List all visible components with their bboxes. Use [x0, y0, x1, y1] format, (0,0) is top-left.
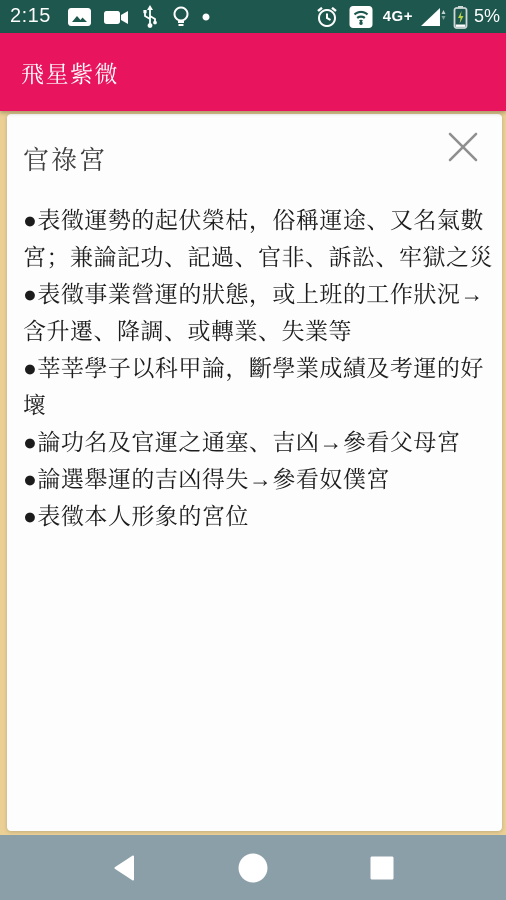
home-button[interactable]	[223, 838, 283, 898]
wifi-box-icon	[349, 5, 373, 29]
back-button[interactable]	[94, 838, 154, 898]
back-icon	[112, 854, 136, 882]
close-button[interactable]	[443, 127, 483, 167]
screen: 2:15	[0, 0, 506, 900]
notification-dot-icon	[202, 13, 210, 21]
app-title: 飛星紫微	[21, 56, 119, 89]
app-bar: 飛星紫微	[0, 33, 506, 111]
bullet-item: ●論功名及官運之通塞、吉凶→參看父母宮	[23, 424, 496, 461]
status-time: 2:15	[10, 5, 51, 28]
status-right-icons: 4G+ 5%	[315, 5, 500, 29]
dialog-body: ●表徵運勢的起伏榮枯，俗稱運途、又名氣數宮；兼論記功、記過、官非、訴訟、牢獄之災…	[23, 202, 496, 535]
dialog-title: 官祿宮	[23, 140, 107, 177]
status-left-icons	[67, 5, 210, 29]
bullet-item: ●論選舉運的吉凶得失→參看奴僕宮	[23, 461, 496, 498]
recents-button[interactable]	[352, 838, 412, 898]
bulb-icon	[171, 5, 191, 29]
dialog-card: 官祿宮 ●表徵運勢的起伏榮枯，俗稱運途、又名氣數宮；兼論記功、記過、官非、訴訟、…	[7, 114, 502, 831]
signal-icon	[419, 6, 447, 28]
recents-icon	[369, 855, 395, 881]
camcorder-icon	[103, 6, 129, 28]
navigation-bar	[0, 835, 506, 900]
network-type-label: 4G+	[383, 8, 413, 25]
screenshot-icon	[67, 6, 92, 28]
usb-icon	[140, 5, 160, 29]
bullet-item: ●表徵本人形象的宮位	[23, 498, 496, 535]
bullet-item: ●表徵事業營運的狀態，或上班的工作狀況→含升遷、降調、或轉業、失業等	[23, 276, 496, 350]
close-icon	[446, 130, 480, 164]
status-bar: 2:15	[0, 0, 506, 33]
bullet-item: ●莘莘學子以科甲論，斷學業成績及考運的好壞	[23, 350, 496, 424]
home-icon	[237, 852, 269, 884]
battery-charging-icon	[453, 5, 468, 29]
battery-percent-label: 5%	[474, 6, 500, 27]
alarm-icon	[315, 5, 339, 29]
bullet-item: ●表徵運勢的起伏榮枯，俗稱運途、又名氣數宮；兼論記功、記過、官非、訴訟、牢獄之災	[23, 202, 496, 276]
